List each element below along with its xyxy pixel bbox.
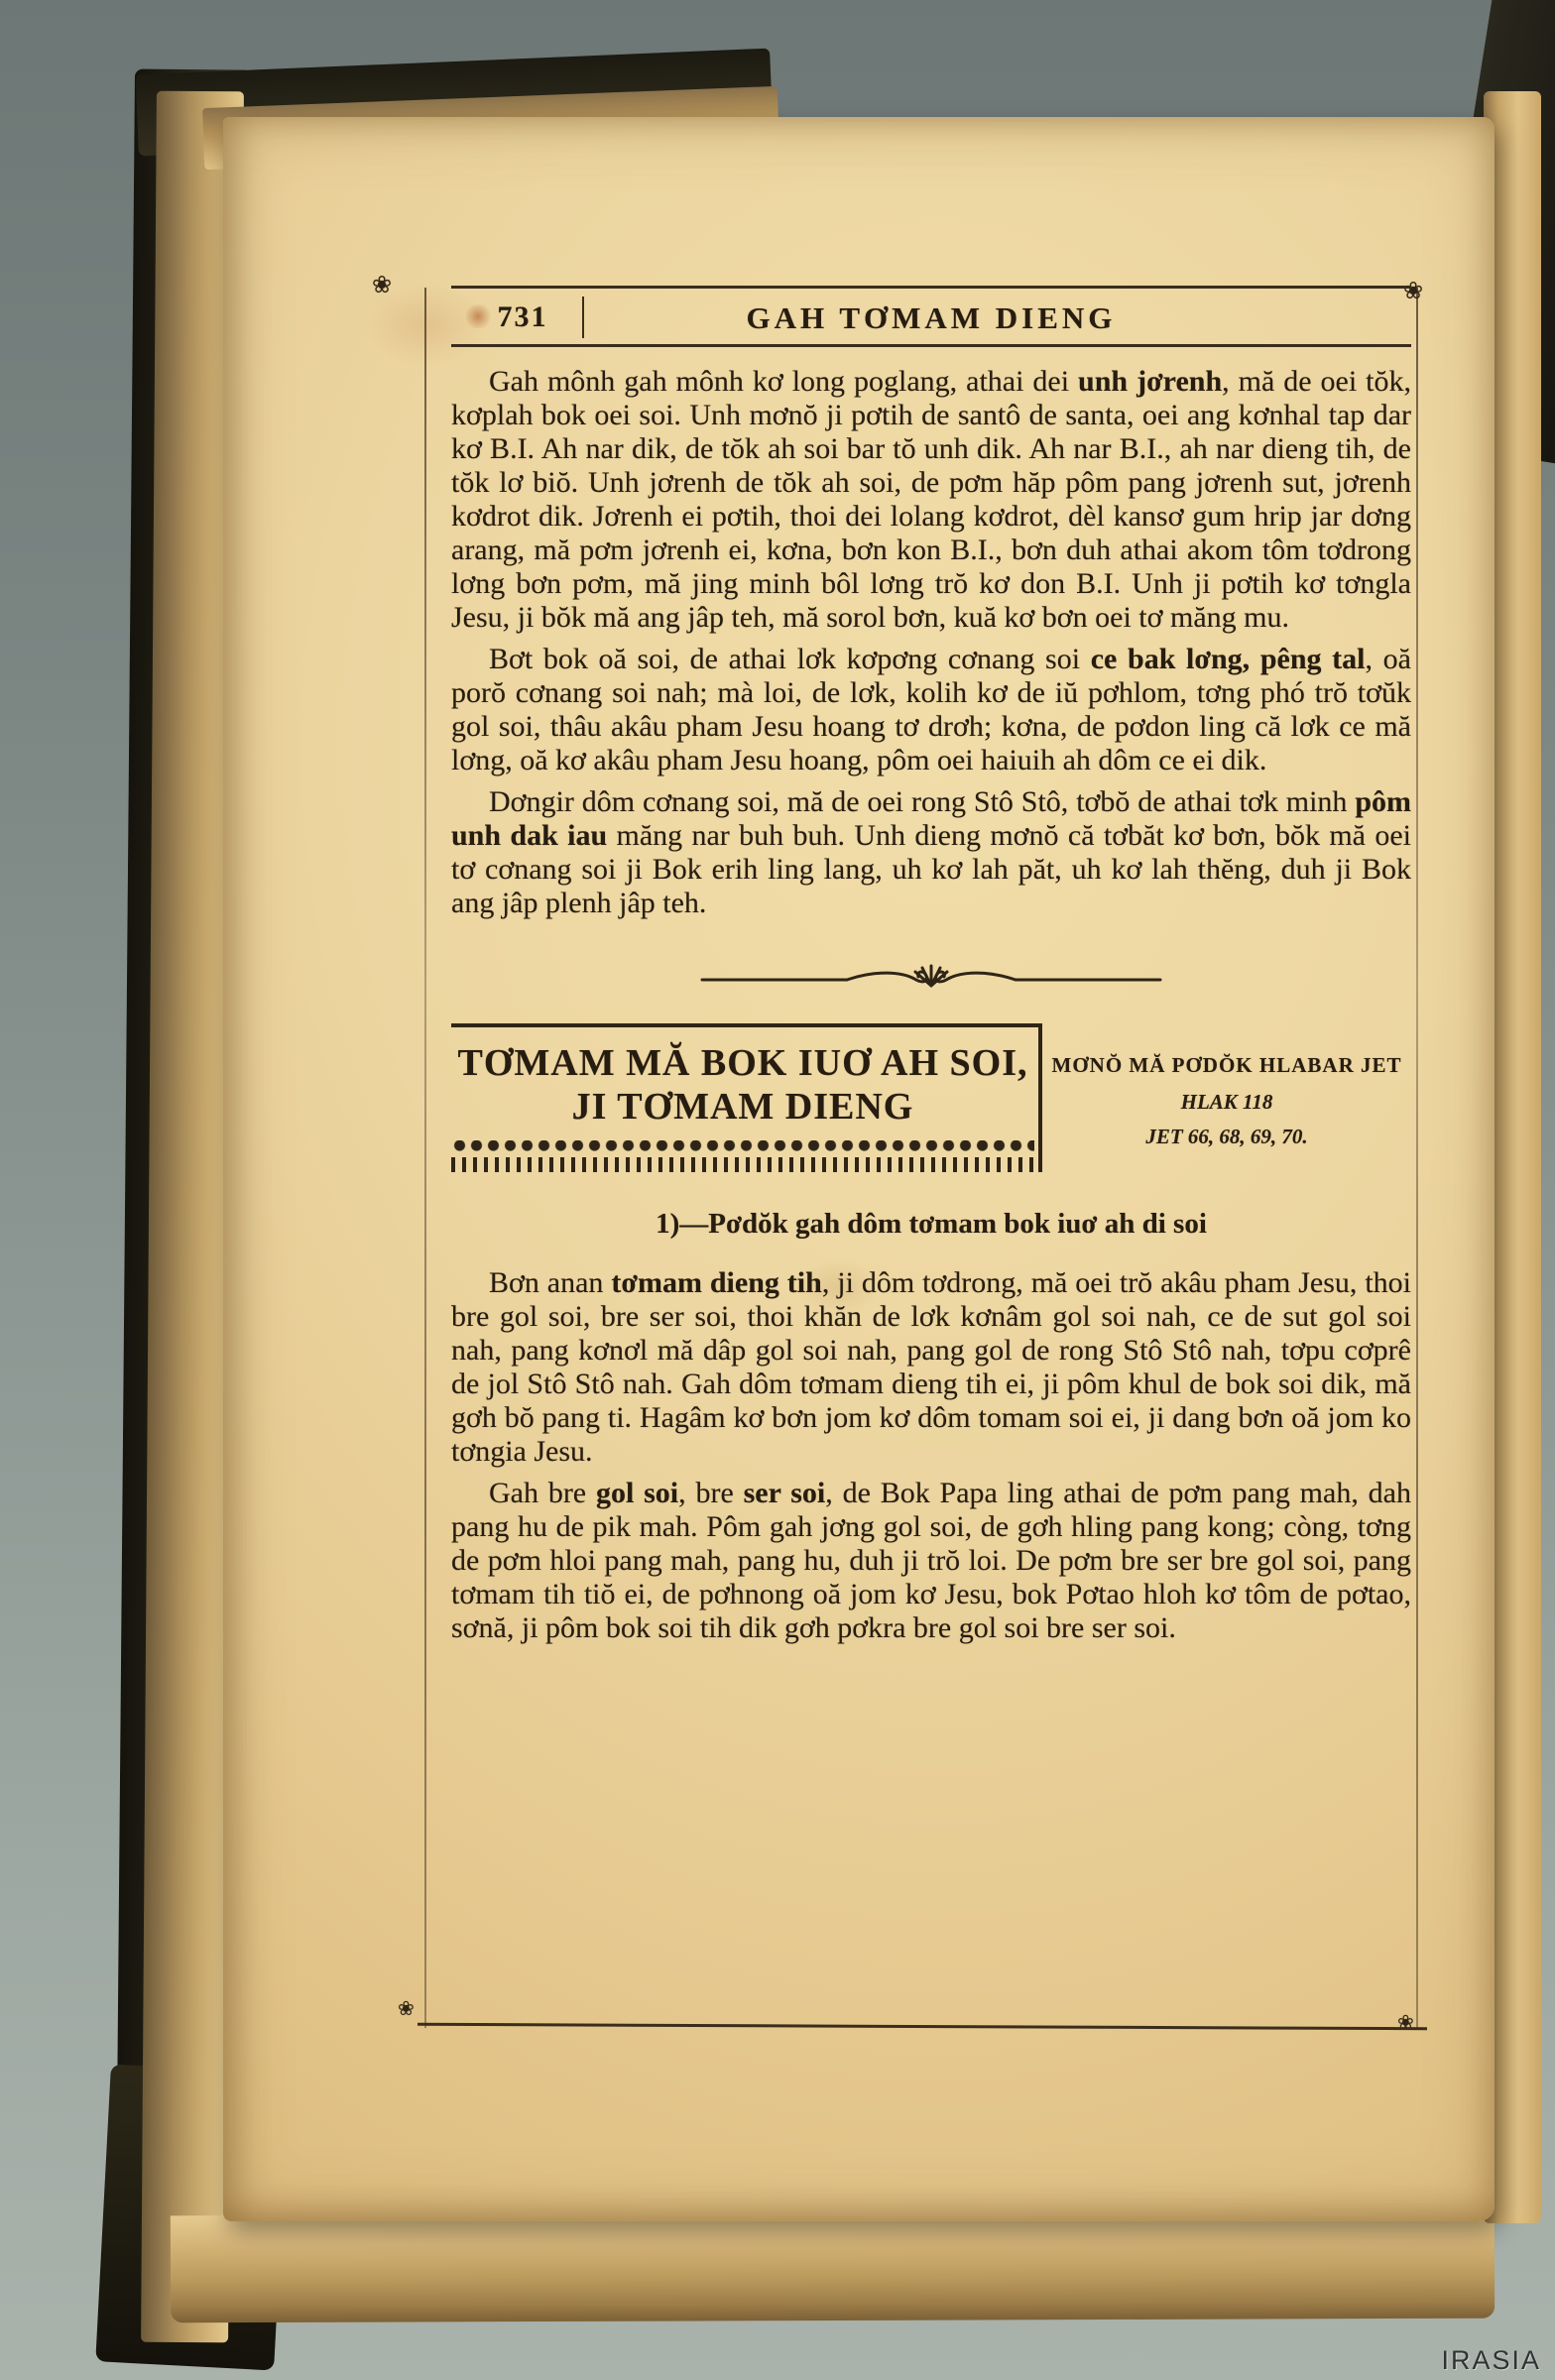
scallop-border-top <box>451 1140 1034 1157</box>
body-text-lower: Bơn anan tơmam dieng tih, ji dôm tơdrong… <box>451 1266 1411 1645</box>
paragraph: Gah bre gol soi, bre ser soi, de Bok Pap… <box>451 1477 1411 1645</box>
book-page: ❀ ❀ ❀ ❀ 731 GAH TƠMAM DIENG Gah mônh gah… <box>223 117 1495 2221</box>
body-text-upper: Gah mônh gah mônh kơ long poglang, athai… <box>451 365 1411 920</box>
section-heading-line-2: JI TƠMAM DIENG <box>451 1085 1034 1129</box>
text-block: 731 GAH TƠMAM DIENG Gah mônh gah mônh kơ… <box>451 286 1411 1653</box>
text-frame-rule-right <box>1416 288 1418 2028</box>
paragraph: Bơn anan tơmam dieng tih, ji dôm tơdrong… <box>451 1266 1411 1469</box>
running-title: GAH TƠMAM DIENG <box>451 300 1411 336</box>
subsection-heading: 1)—Pơdŏk gah dôm tơmam bok iuơ ah di soi <box>451 1208 1411 1241</box>
header-bottom-rule <box>451 344 1411 347</box>
floral-ornament-top-left-icon: ❀ <box>372 274 392 297</box>
paragraph: Dơngir dôm cơnang soi, mă de oei rong St… <box>451 785 1411 920</box>
paragraph: Gah mônh gah mônh kơ long poglang, athai… <box>451 365 1411 635</box>
paragraph: Bơt bok oă soi, de athai lơk kơpơng cơna… <box>451 643 1411 777</box>
section-heading-line-1: TƠMAM MĂ BOK IUƠ AH SOI, <box>451 1041 1034 1085</box>
scanned-book-photo: ❀ ❀ ❀ ❀ 731 GAH TƠMAM DIENG Gah mônh gah… <box>0 0 1555 2380</box>
page-header: 731 GAH TƠMAM DIENG <box>451 289 1411 344</box>
bottom-rule <box>418 2023 1427 2030</box>
flourish-divider <box>698 958 1164 998</box>
section-heading-row: TƠMAM MĂ BOK IUƠ AH SOI, JI TƠMAM DIENG … <box>451 1023 1411 1172</box>
section-heading-box: TƠMAM MĂ BOK IUƠ AH SOI, JI TƠMAM DIENG <box>451 1023 1042 1172</box>
reference-line-1: MƠNŎ MĂ PƠDŎK HLABAR JET <box>1042 1053 1411 1078</box>
reference-line-2: HLAK 118 <box>1042 1090 1411 1115</box>
page-stack-bottom <box>171 2211 1495 2323</box>
reference-line-3: JET 66, 68, 69, 70. <box>1042 1125 1411 1149</box>
scallop-border-fringe <box>451 1157 1034 1172</box>
text-frame-rule-left <box>424 288 426 2028</box>
section-reference: MƠNŎ MĂ PƠDŎK HLABAR JET HLAK 118 JET 66… <box>1042 1023 1411 1172</box>
watermark: IRASIA <box>1441 2345 1541 2376</box>
floral-ornament-bottom-left-icon: ❀ <box>398 1999 415 2019</box>
